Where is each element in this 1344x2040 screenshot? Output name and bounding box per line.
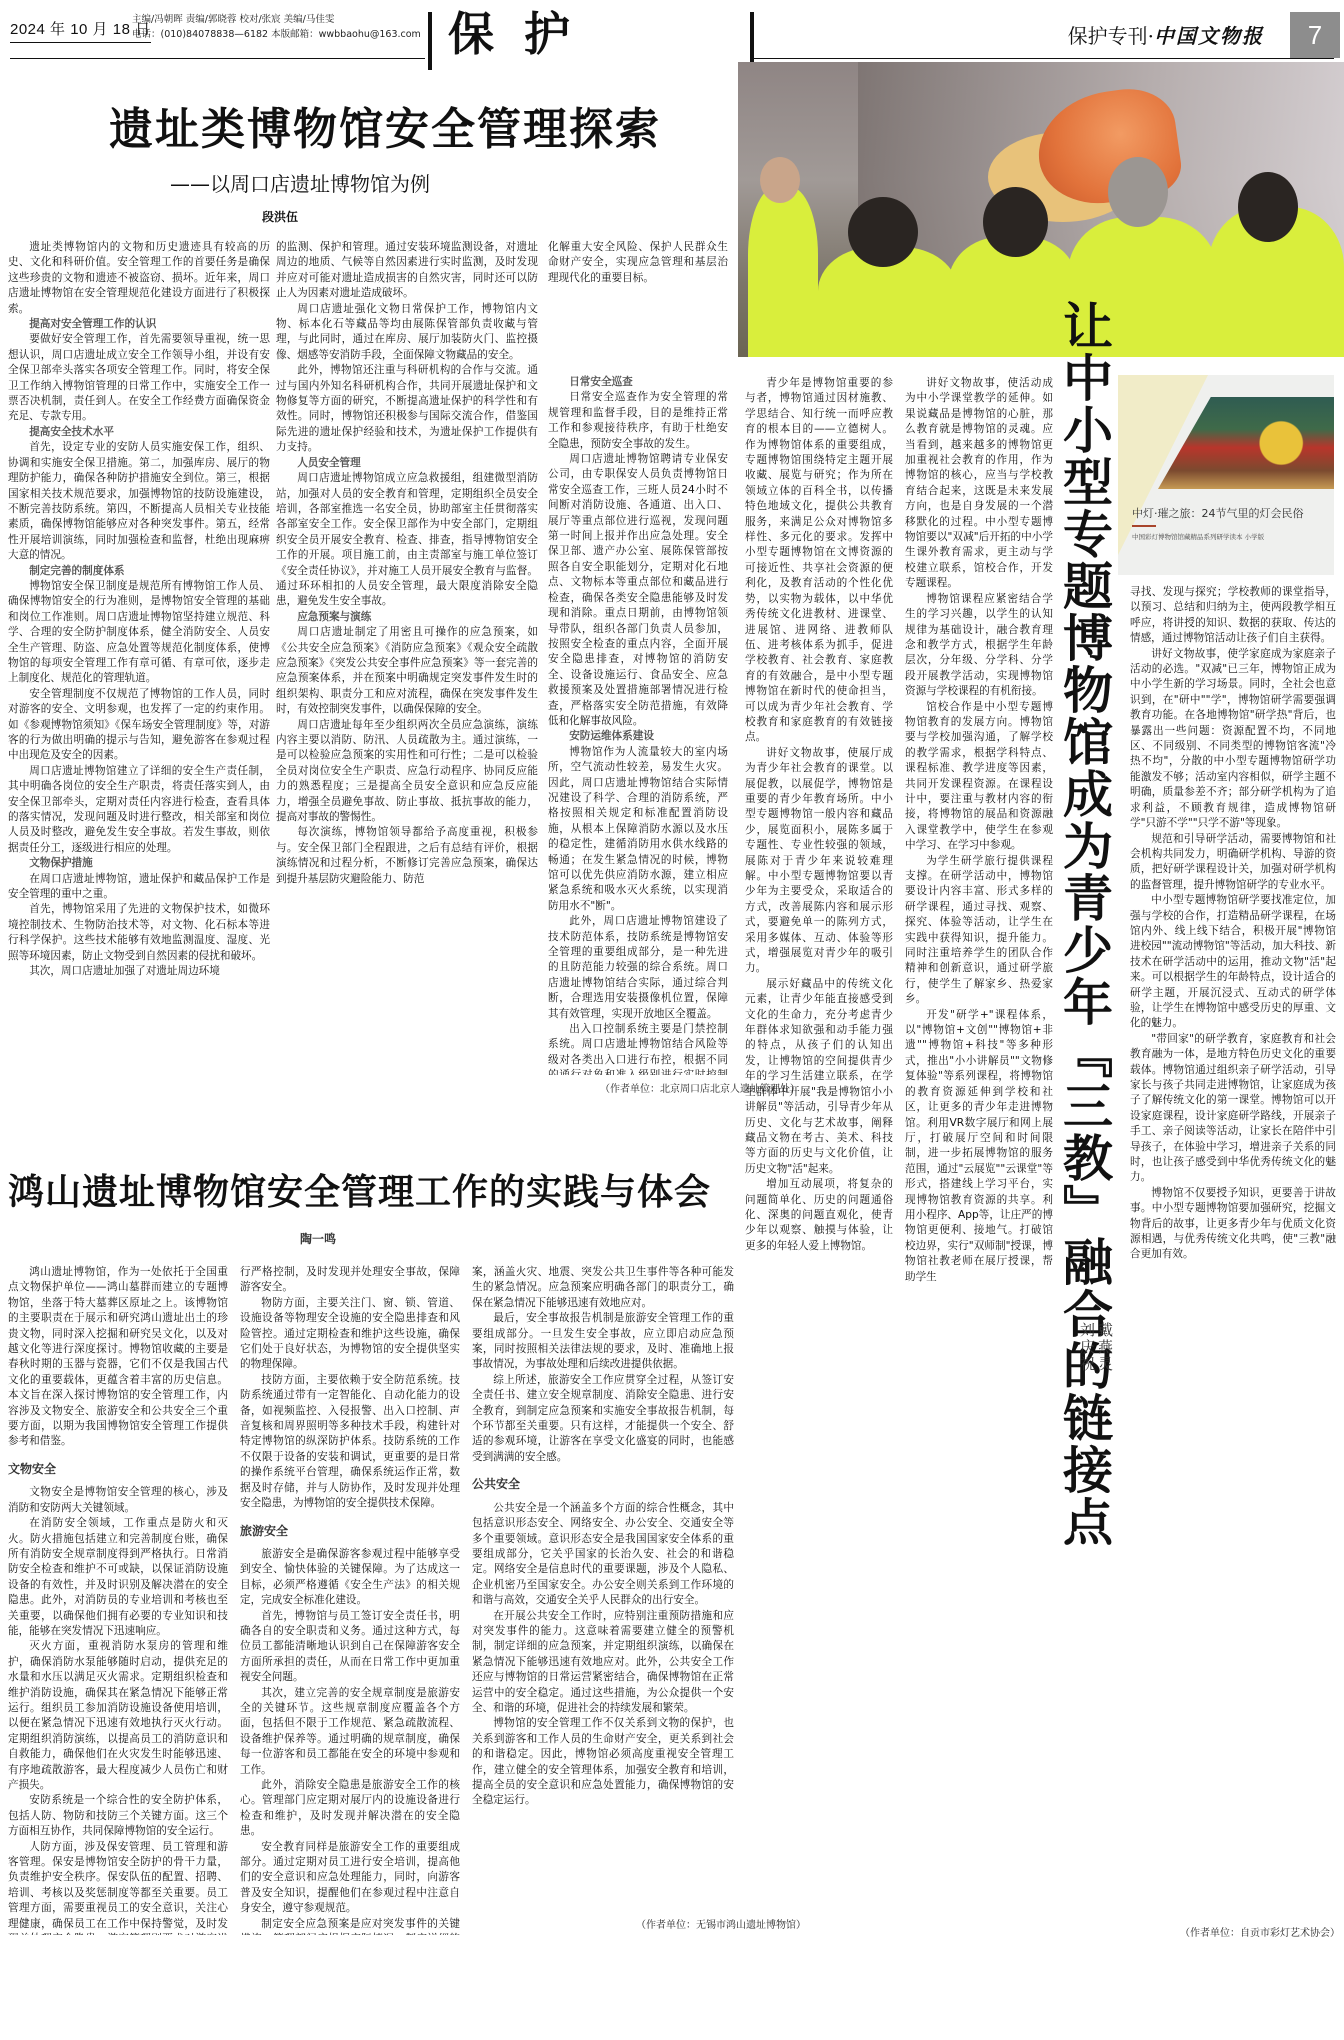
paragraph: 物防方面，主要关注门、窗、锁、管道、设施设备等物理安全设施的安全隐患排查和风险管… xyxy=(240,1296,460,1373)
staff-line-editors: 主编/冯朝晖 责编/郭晓蓉 校对/张宸 美编/马佳雯 xyxy=(132,12,421,27)
section-subheading: 人员安全管理 xyxy=(276,456,538,471)
paragraph: 增加互动展项，将复杂的问题简单化、历史的问题通俗化、深奥的问题直观化，使青少年以… xyxy=(745,1177,893,1254)
paragraph: 出入口控制系统主要是门禁控制系统。周口店遗址博物馆结合风险等级对各类出入口进行布… xyxy=(548,1022,728,1075)
paragraph: 文物安全是博物馆安全管理的核心，涉及消防和安防两大关键领域。 xyxy=(8,1485,228,1516)
book-title: 中灯·璀之旅：24节气里的灯会民俗 xyxy=(1132,505,1304,521)
article2-column-2: 行严格控制，及时发现并处理安全事故，保障游客安全。物防方面，主要关注门、窗、锁、… xyxy=(240,1265,460,1935)
staff-credits: 主编/冯朝晖 责编/郭晓蓉 校对/张宸 美编/马佳雯 电话：(010)84078… xyxy=(132,12,421,42)
section-subheading: 提高安全技术水平 xyxy=(8,425,270,440)
paragraph: 其次，建立完善的安全规章制度是旅游安全的关键环节。这些规章制度应覆盖各个方面，包… xyxy=(240,1686,460,1778)
brand-prefix: 保护专刊· xyxy=(1068,24,1154,48)
paragraph: 博物馆课程应紧密结合学生的学习兴趣，以学生的认知规律为基础设计，融合教育理念和教… xyxy=(905,592,1053,700)
section-subheading: 文物保护措施 xyxy=(8,856,270,871)
paragraph: 旅游安全是确保游客参观过程中能够享受到安全、愉快体验的关键保障。为了达成这一目标… xyxy=(240,1547,460,1609)
page-number: 7 xyxy=(1290,12,1340,58)
newspaper-logo: 中国文物报 xyxy=(1154,24,1264,48)
paragraph: 安全管理制度不仅规范了博物馆的工作人员，同时对游客的安全、文明参观，也发挥了一定… xyxy=(8,687,270,764)
section-subheading: 文物安全 xyxy=(8,1462,228,1477)
news-photo-museum-visit xyxy=(738,62,1344,357)
article1-column-1: 遗址类博物馆内的文物和历史遗迹具有较高的历史、文化和科研价值。安全管理工作的首要… xyxy=(8,240,270,1090)
paragraph: 安全教育同样是旅游安全工作的重要组成部分。通过定期对员工进行安全培训，提高他们的… xyxy=(240,1840,460,1917)
paragraph: 为学生研学旅行提供课程支撑。在研学活动中，博物馆要设计内容丰富、形式多样的研学课… xyxy=(905,854,1053,1008)
masthead-rule-left xyxy=(10,58,425,59)
article2-author: 陶一鸣 xyxy=(300,1230,336,1247)
paragraph: 此外，消除安全隐患是旅游安全工作的核心。管理部门应定期对展厅内的设施设备进行检查… xyxy=(240,1778,460,1840)
paragraph: 首先，博物馆采用了先进的文物保护技术，如微环境控制技术、生物防治技术等，对文物、… xyxy=(8,902,270,964)
author-name: 戴燕灵 xyxy=(1096,1322,1114,1373)
article2-column-1: 鸿山遗址博物馆，作为一处依托于全国重点文物保护单位——鸿山墓群而建立的专题博物馆… xyxy=(8,1265,228,1935)
article1-author: 段洪伍 xyxy=(262,208,298,225)
paragraph: 此外，周口店遗址博物馆建设了技术防范体系，技防系统是博物馆安全管理的重要组成部分… xyxy=(548,914,728,1022)
section-title: 保护 xyxy=(448,4,600,64)
paragraph: 其次，周口店遗址加强了对遗址周边环境 xyxy=(8,964,270,979)
paragraph: 在消防安全领域，工作重点是防火和灭火。防火措施包括建立和完善制度台账，确保所有消… xyxy=(8,1516,228,1639)
paragraph: 案，涵盖火灾、地震、突发公共卫生事件等各种可能发生的紧急情况。应急预案应明确各部… xyxy=(472,1265,734,1311)
paragraph: 馆校合作是中小型专题博物馆教育的发展方向。博物馆要与学校加强沟通，了解学校的教学… xyxy=(905,700,1053,854)
photo-child-head xyxy=(760,157,800,203)
article3-byline: 戴燕灵 刘庆祝 xyxy=(1078,1322,1114,1373)
paragraph: 行严格控制，及时发现并处理安全事故，保障游客安全。 xyxy=(240,1265,460,1296)
paragraph: 博物馆安全保卫制度是规范所有博物馆工作人员、确保博物馆安全的行为准则，是博物馆安… xyxy=(8,579,270,687)
paragraph: 制定安全应急预案是应对突发事件的关键措施。管理部门应根据实际情况，制定详细的应急… xyxy=(240,1917,460,1935)
section-subheading: 公共安全 xyxy=(472,1477,734,1492)
article3-column-3: 寻找、发现与探究；学校教师的课堂指导，以预习、总结和归纳为主，使两段教学相互呼应… xyxy=(1130,585,1336,1875)
paragraph: 遗址类博物馆内的文物和历史遗迹具有较高的历史、文化和科研价值。安全管理工作的首要… xyxy=(8,240,270,317)
paragraph: 周口店遗址博物馆建立了详细的安全生产责任制，其中明确各岗位的安全生产职责，将责任… xyxy=(8,764,270,856)
paragraph: 鸿山遗址博物馆，作为一处依托于全国重点文物保护单位——鸿山墓群而建立的专题博物馆… xyxy=(8,1265,228,1450)
paragraph: 开发"研学+"课程体系，以"博物馆+文创""博物馆+非遗""博物馆+科技"等多种… xyxy=(905,1008,1053,1285)
article2-attribution: （作者单位：无锡市鸿山遗址博物馆） xyxy=(636,1916,806,1931)
paragraph: 规范和引导研学活动，需要博物馆和社会机构共同发力，明确研学机构、导游的资质，把好… xyxy=(1130,832,1336,894)
article3-column-2: 讲好文物故事，使活动成为中小学课堂教学的延伸。如果说藏品是博物馆的心脏，那么教育… xyxy=(905,376,1053,1926)
paragraph: 的监测、保护和管理。通过安装环境监测设备，对遗址周边的地质、气候等自然因素进行实… xyxy=(276,240,538,302)
photo-child-head xyxy=(1238,172,1298,242)
paragraph: 最后，安全事故报告机制是旅游安全管理工作的重要组成部分。一旦发生安全事故，应立即… xyxy=(472,1311,734,1373)
section-subheading: 日常安全巡查 xyxy=(548,375,728,390)
paragraph: "带回家"的研学教育，家庭教育和社会教育融为一体，是地方特色历史文化的重要载体。… xyxy=(1130,1032,1336,1186)
paragraph: 展示好藏品中的传统文化元素，让青少年能直接感受到文化的生命力，充分考虑青少年群体… xyxy=(745,977,893,1177)
paragraph: 讲好文物故事，使展厅成为青少年社会教育的课堂。以展促教，以展促学，博物馆是重要的… xyxy=(745,746,893,977)
masthead-rule-right xyxy=(754,58,1334,59)
paragraph: 日常安全巡查作为安全管理的常规管理和监督手段，目的是维持正常工作和参观接待秩序，… xyxy=(548,390,728,452)
paragraph: 首先，设定专业的安防人员实施安保工作，组织、协调和实施安全保卫措施。第二，加强库… xyxy=(8,440,270,563)
paragraph: 周口店遗址博物馆聘请专业保安公司，由专职保安人员负责博物馆日常安全巡查工作，三班… xyxy=(548,452,728,729)
article2-headline: 鸿山遗址博物馆安全管理工作的实践与体会 xyxy=(8,1166,738,1218)
paragraph: 博物馆的安全管理工作不仅关系到文物的保护，也关系到游客和工作人员的生命财产安全，… xyxy=(472,1716,734,1808)
photo-child-head xyxy=(848,197,918,267)
paragraph: 综上所述，旅游安全工作应贯穿全过程，从签订安全责任书、建立安全规章制度、消除安全… xyxy=(472,1373,734,1465)
section-subheading: 制定完善的制度体系 xyxy=(8,564,270,579)
photo-child-head xyxy=(983,187,1048,257)
section-subheading: 安防运维体系建设 xyxy=(548,729,728,744)
photo-child-head xyxy=(1108,157,1168,227)
section-divider-left xyxy=(428,12,432,70)
article3-attribution: （作者单位：自贡市彩灯艺术协会） xyxy=(1180,1924,1340,1939)
paragraph: 技防方面，主要依赖于安全防范系统。技防系统通过带有一定智能化、自动化能力的设备，… xyxy=(240,1373,460,1512)
article2-column-3: 案，涵盖火灾、地震、突发公共卫生事件等各种可能发生的紧急情况。应急预案应明确各部… xyxy=(472,1265,734,1905)
paragraph: 周口店遗址制定了用密且可操作的应急预案，如《公共安全应急预案》《消防应急预案》《… xyxy=(276,625,538,717)
paragraph: 首先，博物馆与员工签订安全责任书，明确各自的安全职责和义务。通过这种方式，每位员… xyxy=(240,1609,460,1686)
paragraph: 公共安全是一个涵盖多个方面的综合性概念，其中包括意识形态安全、网络安全、办公安全… xyxy=(472,1501,734,1609)
paragraph: 要做好安全管理工作，首先需要领导重视，统一思想认识，周口店遗址成立安全工作领导小… xyxy=(8,332,270,424)
section-subheading: 旅游安全 xyxy=(240,1524,460,1539)
article1-headline: 遗址类博物馆安全管理探索 xyxy=(60,102,710,158)
article3-column-1: 青少年是博物馆重要的参与者，博物馆通过因材施教、学思结合、知行统一而呼应教育的根… xyxy=(745,376,893,1926)
paragraph: 安防系统是一个综合性的安全防护体系，包括人防、物防和技防三个关键方面。这三个方面… xyxy=(8,1793,228,1839)
paragraph: 周口店遗址每年至少组织两次全员应急演练，演练内容主要以消防、防汛、人员疏散为主。… xyxy=(276,718,538,826)
paragraph: 每次演练，博物馆领导都给予高度重视，积极参与。安全保卫部门全程跟进，之后有总结有… xyxy=(276,825,538,887)
paragraph: 周口店遗址强化文物日常保护工作，博物馆内文物、标本化石等藏品等均由展陈保管部负责… xyxy=(276,302,538,364)
book-title-underline xyxy=(1132,525,1156,527)
article1-column-3b: 日常安全巡查日常安全巡查作为安全管理的常规管理和监督手段，目的是维持正常工作和参… xyxy=(548,375,728,1075)
staff-line-contact: 电话：(010)84078838—6182 本版邮箱：wwbbaohu@163.… xyxy=(132,27,421,42)
paragraph: 在开展公共安全工作时，应特别注重预防措施和应对突发事件的能力。这意味着需要建立健… xyxy=(472,1609,734,1717)
paragraph: 博物馆作为人流量较大的室内场所，空气流动性较差，易发生火灾。因此，周口店遗址博物… xyxy=(548,745,728,914)
paragraph: 中小型专题博物馆研学要找准定位，加强与学校的合作，打造精品研学课程，在场馆内外、… xyxy=(1130,893,1336,1032)
issue-date: 2024 年 10 月 18 日 xyxy=(10,18,151,43)
newspaper-brand: 保护专刊·中国文物报 xyxy=(1068,20,1264,49)
paragraph: 青少年是博物馆重要的参与者，博物馆通过因材施教、学思结合、知行统一而呼应教育的根… xyxy=(745,376,893,746)
photo-child-figure xyxy=(748,187,818,357)
paragraph: 寻找、发现与探究；学校教师的课堂指导，以预习、总结和归纳为主，使两段教学相互呼应… xyxy=(1130,585,1336,647)
section-subheading: 提高对安全管理工作的认识 xyxy=(8,317,270,332)
author-name: 刘庆祝 xyxy=(1078,1322,1096,1373)
article1-column-2: 的监测、保护和管理。通过安装环境监测设备，对遗址周边的地质、气候等自然因素进行实… xyxy=(276,240,538,1090)
article1-subheadline: ——以周口店遗址博物馆为例 xyxy=(170,168,430,197)
paragraph: 化解重大安全风险、保护人民群众生命财产安全，实现应急管理和基层治理现代化的重要目… xyxy=(548,240,728,286)
paragraph: 灭火方面，重视消防水泵房的管理和维护，确保消防水泵能够随时启动，提供充足的水量和… xyxy=(8,1639,228,1793)
paragraph: 周口店遗址博物馆成立应急救援组，组建微型消防站，加强对人员的安全教育和管理，定期… xyxy=(276,471,538,610)
paragraph: 在周口店遗址博物馆，遗址保护和藏品保护工作是安全管理的重中之重。 xyxy=(8,872,270,903)
paragraph: 讲好文物故事，使活动成为中小学课堂教学的延伸。如果说藏品是博物馆的心脏，那么教育… xyxy=(905,376,1053,592)
inset-book-cover: 中灯·璀之旅：24节气里的灯会民俗 中国彩灯博物馆馆藏精品系列研学读本 小学版 xyxy=(1118,375,1334,575)
paragraph: 讲好文物故事，使学家庭成为家庭亲子活动的必选。"双减"已三年，博物馆正成为中小学… xyxy=(1130,647,1336,832)
masthead: 2024 年 10 月 18 日 主编/冯朝晖 责编/郭晓蓉 校对/张宸 美编/… xyxy=(0,0,1344,62)
paragraph: 此外，博物馆还注重与科研机构的合作与交流。通过与国内外知名科研机构合作，共同开展… xyxy=(276,363,538,455)
paragraph: 博物馆不仅要授予知识，更要善于讲故事。中小型专题博物馆要加强研究，挖掘文物背后的… xyxy=(1130,1186,1336,1263)
book-subtitle: 中国彩灯博物馆馆藏精品系列研学读本 小学版 xyxy=(1132,533,1282,542)
paragraph: 人防方面，涉及保安管理、员工管理和游客管理。保安是博物馆安全防护的骨干力量，负责… xyxy=(8,1840,228,1935)
section-subheading: 应急预案与演练 xyxy=(276,610,538,625)
article1-column-3a: 化解重大安全风险、保护人民群众生命财产安全，实现应急管理和基层治理现代化的重要目… xyxy=(548,240,728,360)
